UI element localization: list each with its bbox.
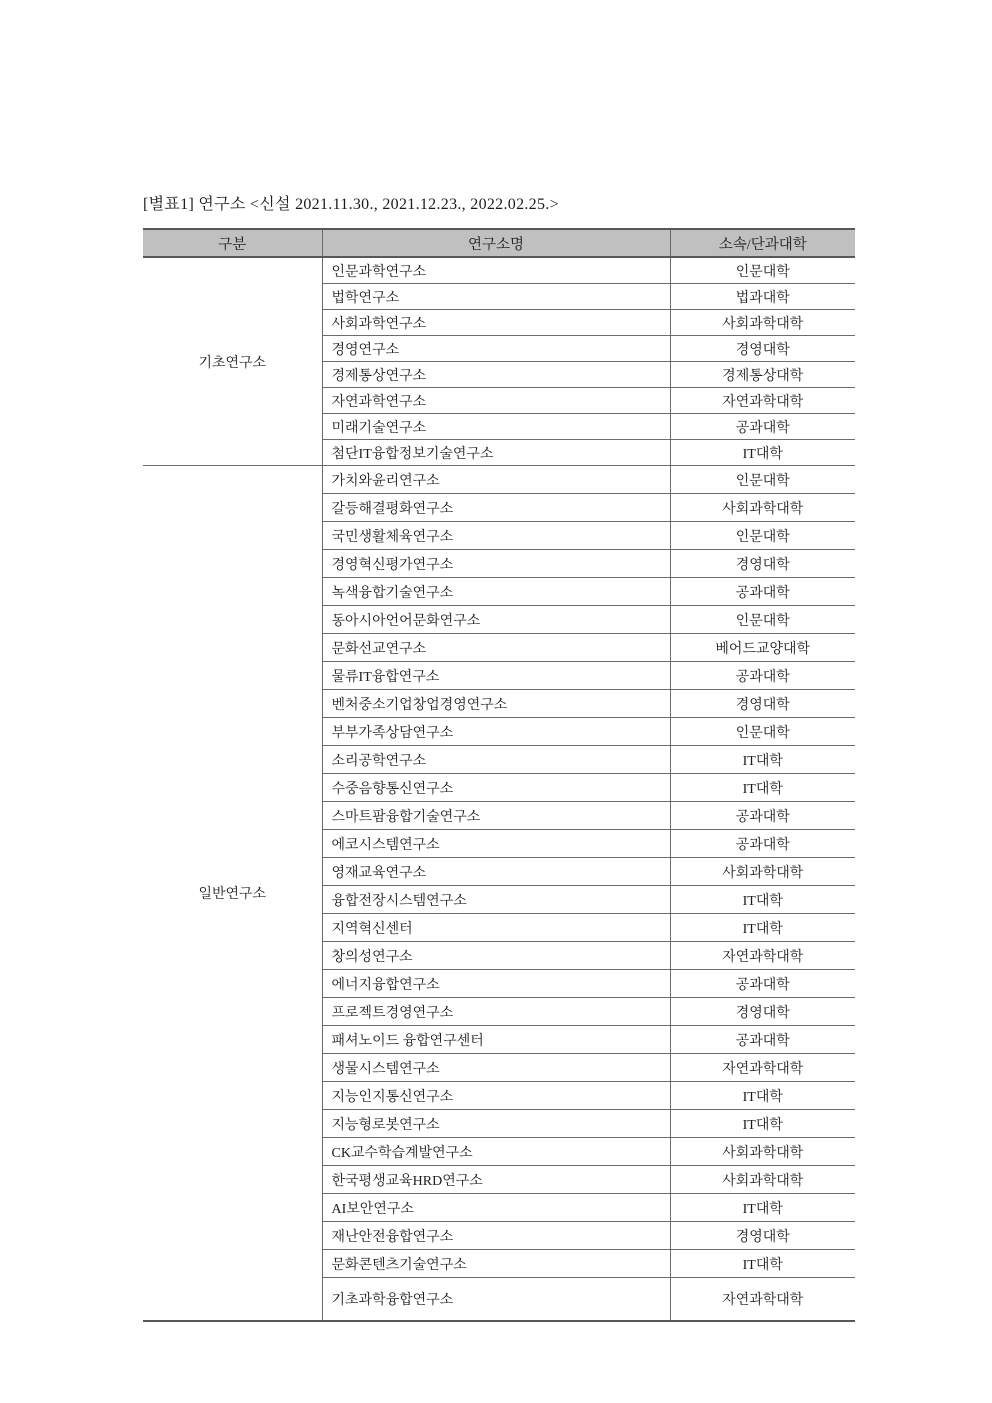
college-cell: IT대학 — [670, 914, 855, 942]
college-cell: 인문대학 — [670, 718, 855, 746]
table-row: 일반연구소가치와윤리연구소인문대학 — [143, 466, 855, 494]
college-cell: 경영대학 — [670, 336, 855, 362]
institute-name-cell: AI보안연구소 — [322, 1194, 670, 1222]
college-cell: 자연과학대학 — [670, 388, 855, 414]
institute-name-cell: 융합전장시스템연구소 — [322, 886, 670, 914]
college-cell: 경영대학 — [670, 550, 855, 578]
college-cell: IT대학 — [670, 746, 855, 774]
institute-name-cell: 녹색융합기술연구소 — [322, 578, 670, 606]
institute-name-cell: 경영연구소 — [322, 336, 670, 362]
group-label-cell: 일반연구소 — [143, 466, 322, 1322]
college-cell: 공과대학 — [670, 1026, 855, 1054]
research-institute-table: 구분 연구소명 소속/단과대학 기초연구소인문과학연구소인문대학법학연구소법과대… — [143, 228, 855, 1322]
college-cell: 인문대학 — [670, 466, 855, 494]
college-cell: 공과대학 — [670, 578, 855, 606]
college-cell: 공과대학 — [670, 970, 855, 998]
college-cell: IT대학 — [670, 774, 855, 802]
college-cell: 인문대학 — [670, 606, 855, 634]
college-cell: 사회과학대학 — [670, 1138, 855, 1166]
institute-name-cell: 재난안전융합연구소 — [322, 1222, 670, 1250]
college-cell: 사회과학대학 — [670, 310, 855, 336]
college-cell: 공과대학 — [670, 662, 855, 690]
institute-name-cell: 생물시스템연구소 — [322, 1054, 670, 1082]
college-cell: 사회과학대학 — [670, 494, 855, 522]
column-header-institute-name: 연구소명 — [322, 229, 670, 257]
college-cell: IT대학 — [670, 1110, 855, 1138]
institute-name-cell: 문화선교연구소 — [322, 634, 670, 662]
college-cell: 사회과학대학 — [670, 858, 855, 886]
institute-name-cell: 에너지융합연구소 — [322, 970, 670, 998]
institute-name-cell: 미래기술연구소 — [322, 414, 670, 440]
institute-name-cell: 스마트팜융합기술연구소 — [322, 802, 670, 830]
institute-name-cell: CK교수학습계발연구소 — [322, 1138, 670, 1166]
college-cell: 베어드교양대학 — [670, 634, 855, 662]
institute-name-cell: 패셔노이드 융합연구센터 — [322, 1026, 670, 1054]
institute-name-cell: 문화콘텐츠기술연구소 — [322, 1250, 670, 1278]
page-title: [별표1] 연구소 <신설 2021.11.30., 2021.12.23., … — [143, 194, 559, 216]
header-row: 구분 연구소명 소속/단과대학 — [143, 229, 855, 257]
college-cell: 인문대학 — [670, 257, 855, 284]
college-cell: 자연과학대학 — [670, 1278, 855, 1322]
group-label-cell: 기초연구소 — [143, 257, 322, 466]
institute-name-cell: 한국평생교육HRD연구소 — [322, 1166, 670, 1194]
institute-name-cell: 경제통상연구소 — [322, 362, 670, 388]
institute-name-cell: 가치와윤리연구소 — [322, 466, 670, 494]
institute-name-cell: 영재교육연구소 — [322, 858, 670, 886]
college-cell: 공과대학 — [670, 414, 855, 440]
institute-name-cell: 자연과학연구소 — [322, 388, 670, 414]
institute-name-cell: 지역혁신센터 — [322, 914, 670, 942]
institute-name-cell: 수중음향통신연구소 — [322, 774, 670, 802]
college-cell: 경영대학 — [670, 690, 855, 718]
institute-name-cell: 법학연구소 — [322, 284, 670, 310]
college-cell: 법과대학 — [670, 284, 855, 310]
institute-name-cell: 국민생활체육연구소 — [322, 522, 670, 550]
institute-name-cell: 갈등해결평화연구소 — [322, 494, 670, 522]
college-cell: 사회과학대학 — [670, 1166, 855, 1194]
institute-name-cell: 경영혁신평가연구소 — [322, 550, 670, 578]
institute-name-cell: 동아시아언어문화연구소 — [322, 606, 670, 634]
college-cell: 경영대학 — [670, 998, 855, 1026]
institute-name-cell: 인문과학연구소 — [322, 257, 670, 284]
institute-name-cell: 지능형로봇연구소 — [322, 1110, 670, 1138]
institute-name-cell: 창의성연구소 — [322, 942, 670, 970]
institute-name-cell: 에코시스템연구소 — [322, 830, 670, 858]
table-header: 구분 연구소명 소속/단과대학 — [143, 229, 855, 257]
institute-name-cell: 사회과학연구소 — [322, 310, 670, 336]
college-cell: IT대학 — [670, 1194, 855, 1222]
college-cell: 경제통상대학 — [670, 362, 855, 388]
table-body: 기초연구소인문과학연구소인문대학법학연구소법과대학사회과학연구소사회과학대학경영… — [143, 257, 855, 1321]
institute-name-cell: 첨단IT융합정보기술연구소 — [322, 440, 670, 466]
institute-name-cell: 기초과학융합연구소 — [322, 1278, 670, 1322]
institute-name-cell: 프로젝트경영연구소 — [322, 998, 670, 1026]
column-header-category: 구분 — [143, 229, 322, 257]
institute-name-cell: 지능인지통신연구소 — [322, 1082, 670, 1110]
college-cell: IT대학 — [670, 440, 855, 466]
document-page: [별표1] 연구소 <신설 2021.11.30., 2021.12.23., … — [0, 0, 992, 1403]
college-cell: 경영대학 — [670, 1222, 855, 1250]
table-row: 기초연구소인문과학연구소인문대학 — [143, 257, 855, 284]
column-header-college: 소속/단과대학 — [670, 229, 855, 257]
college-cell: 자연과학대학 — [670, 942, 855, 970]
college-cell: 공과대학 — [670, 802, 855, 830]
institute-name-cell: 벤처중소기업창업경영연구소 — [322, 690, 670, 718]
institute-name-cell: 소리공학연구소 — [322, 746, 670, 774]
college-cell: 자연과학대학 — [670, 1054, 855, 1082]
college-cell: IT대학 — [670, 1082, 855, 1110]
college-cell: 공과대학 — [670, 830, 855, 858]
college-cell: IT대학 — [670, 1250, 855, 1278]
institute-name-cell: 부부가족상담연구소 — [322, 718, 670, 746]
college-cell: IT대학 — [670, 886, 855, 914]
college-cell: 인문대학 — [670, 522, 855, 550]
institute-name-cell: 물류IT융합연구소 — [322, 662, 670, 690]
